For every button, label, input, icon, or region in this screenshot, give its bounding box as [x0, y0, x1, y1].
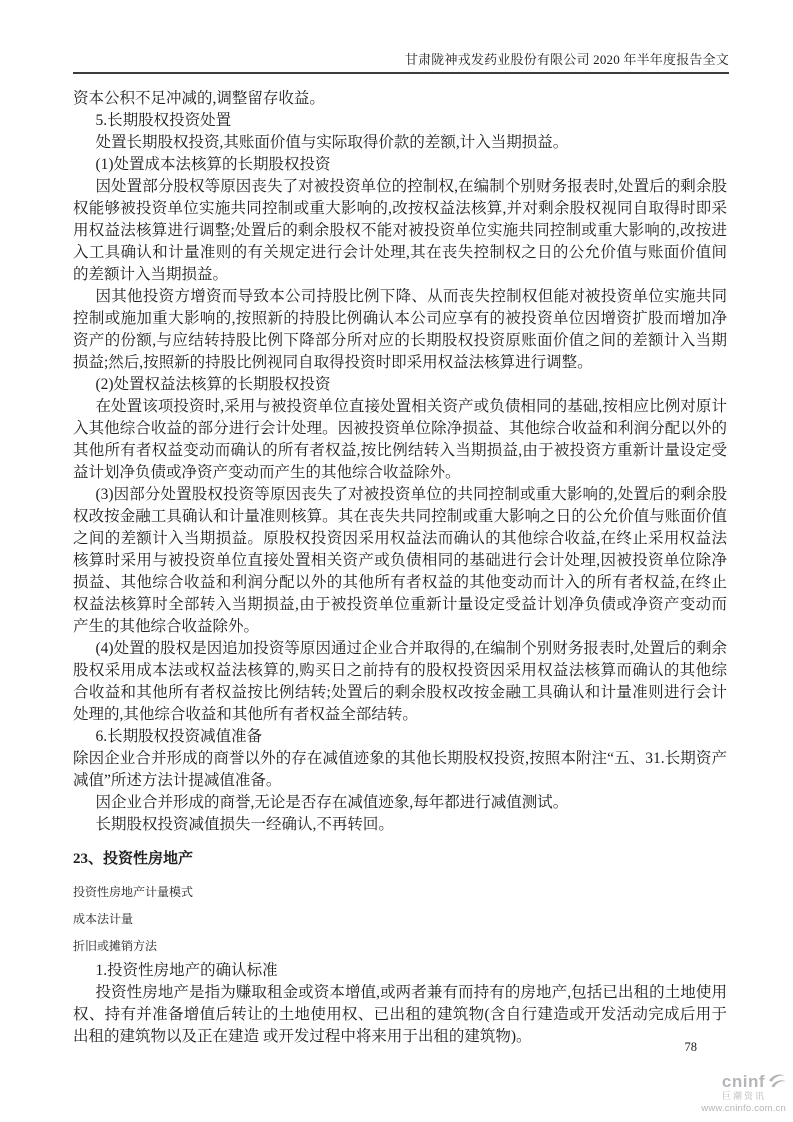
paragraph: 处置长期股权投资,其账面价值与实际取得价款的差额,计入当期损益。	[73, 132, 727, 154]
cninfo-swirl-icon	[767, 1073, 786, 1091]
meta-line: 折旧或摊销方法	[73, 933, 727, 960]
paragraph: 因其他投资方增资而导致本公司持股比例下降、从而丧失控制权但能对被投资单位实施共同…	[73, 286, 727, 374]
paragraph: 因企业合并形成的商誉,无论是否存在减值迹象,每年都进行减值测试。	[73, 792, 727, 814]
paragraph: (1)处置成本法核算的长期股权投资	[73, 154, 727, 176]
paragraph: 资本公积不足冲减的,调整留存收益。	[73, 88, 727, 110]
meta-line: 成本法计量	[73, 906, 727, 933]
document-body: 资本公积不足冲减的,调整留存收益。5.长期股权投资处置处置长期股权投资,其账面价…	[73, 88, 727, 1048]
paragraph: 6.长期股权投资减值准备	[73, 726, 727, 748]
paragraph: (3)因部分处置股权投资等原因丧失了对被投资单位的共同控制或重大影响的,处置后的…	[73, 484, 727, 638]
meta-line: 投资性房地产计量模式	[73, 879, 727, 906]
paragraph: (4)处置的股权是因追加投资等原因通过企业合并取得的,在编制个别财务报表时,处置…	[73, 638, 727, 726]
section-heading: 23、投资性房地产	[73, 849, 727, 869]
paragraph: 5.长期股权投资处置	[73, 110, 727, 132]
paragraph: 投资性房地产是指为赚取租金或资本增值,或两者兼有而持有的房地产,包括已出租的土地…	[73, 982, 727, 1048]
paragraph: (2)处置权益法核算的长期股权投资	[73, 374, 727, 396]
page-header: 甘肃陇神戎发药业股份有限公司 2020 年半年度报告全文	[73, 0, 729, 74]
page-number: 78	[685, 1040, 698, 1055]
paragraph: 长期股权投资减值损失一经确认,不再转回。	[73, 814, 727, 836]
cninfo-brand-text: cninf	[722, 1073, 765, 1092]
document-page: 甘肃陇神戎发药业股份有限公司 2020 年半年度报告全文 资本公积不足冲减的,调…	[0, 0, 793, 1122]
paragraph: 1.投资性房地产的确认标准	[73, 960, 727, 982]
cninfo-watermark: cninf 巨潮资讯 www.cninfo.com.cn	[636, 1073, 786, 1114]
paragraph: 因处置部分股权等原因丧失了对被投资单位的控制权,在编制个别财务报表时,处置后的剩…	[73, 176, 727, 286]
paragraph: 除因企业合并形成的商誉以外的存在减值迹象的其他长期股权投资,按照本附注“五、31…	[73, 748, 727, 792]
paragraph: 在处置该项投资时,采用与被投资单位直接处置相关资产或负债相同的基础,按相应比例对…	[73, 396, 727, 484]
cninfo-chinese-name: 巨潮资讯	[636, 1092, 766, 1102]
cninfo-url: www.cninfo.com.cn	[636, 1104, 786, 1114]
